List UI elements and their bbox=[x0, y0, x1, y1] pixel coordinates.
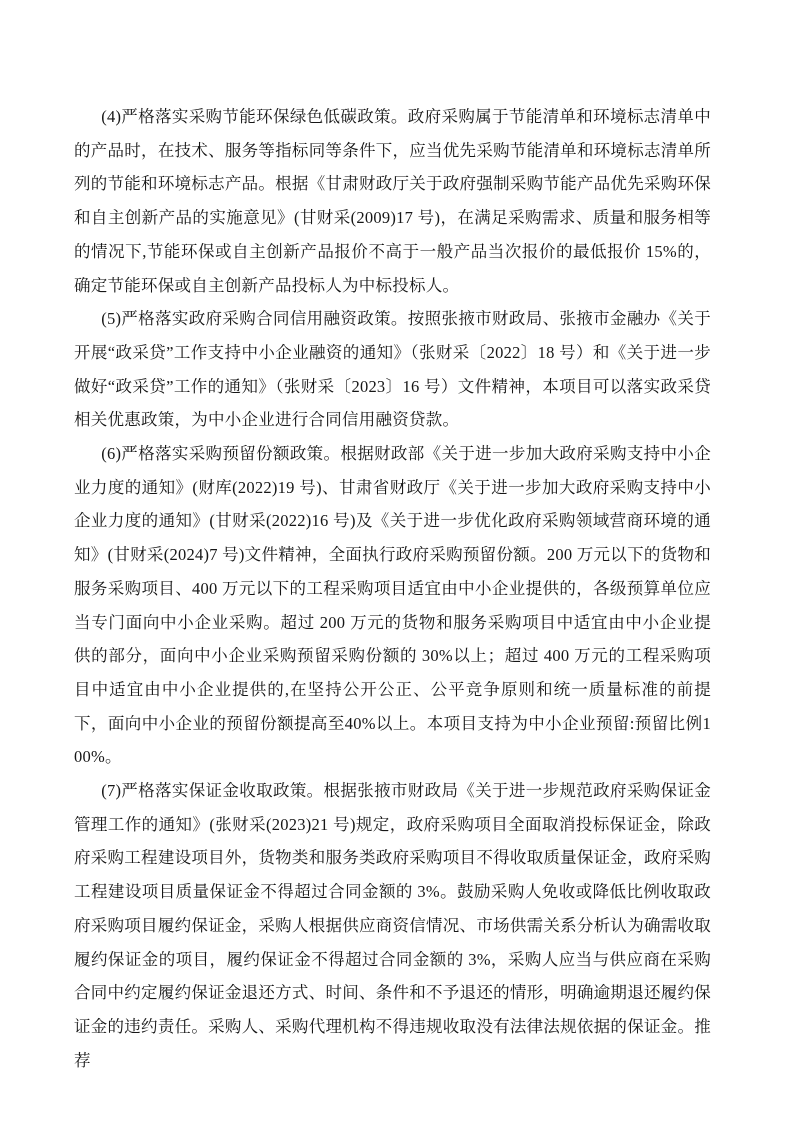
policy-paragraph-7: (7)严格落实保证金收取政策。根据张掖市财政局《关于进一步规范政府采购保证金管理… bbox=[74, 774, 711, 1077]
policy-paragraph-6: (6)严格落实采购预留份额政策。根据财政部《关于进一步加大政府采购支持中小企业力… bbox=[74, 437, 711, 774]
document-page: (4)严格落实采购节能环保绿色低碳政策。政府采购属于节能清单和环境标志清单中的产… bbox=[0, 0, 793, 1122]
policy-paragraph-5: (5)严格落实政府采购合同信用融资政策。按照张掖市财政局、张掖市金融办《关于开展… bbox=[74, 302, 711, 437]
policy-paragraph-4: (4)严格落实采购节能环保绿色低碳政策。政府采购属于节能清单和环境标志清单中的产… bbox=[74, 100, 711, 302]
